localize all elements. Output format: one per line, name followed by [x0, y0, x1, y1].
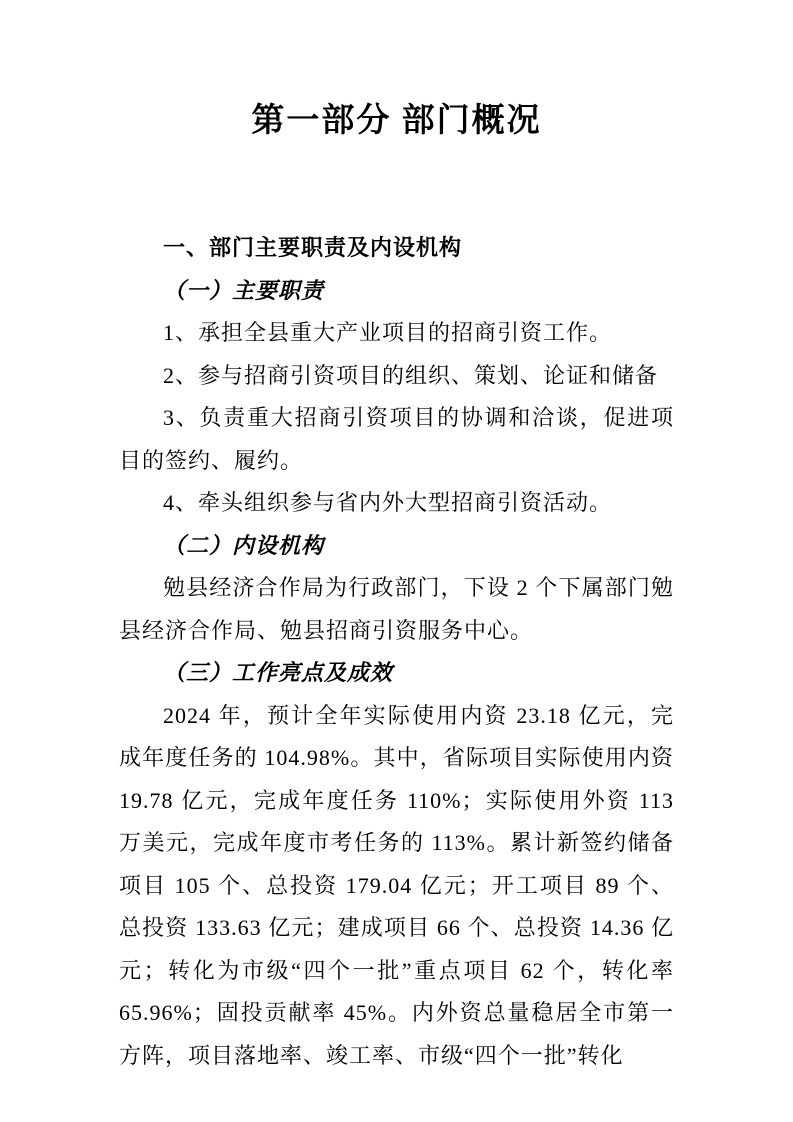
paragraph-work-highlights: 2024 年，预计全年实际使用内资 23.18 亿元，完成年度任务的 104.9… [119, 695, 674, 1078]
paragraph-duty-3: 3、负责重大招商引资项目的协调和洽谈，促进项目的签约、履约。 [119, 397, 674, 482]
document-title: 第一部分 部门概况 [119, 99, 674, 143]
document-page: 第一部分 部门概况 一、部门主要职责及内设机构 （一）主要职责 1、承担全县重大… [0, 0, 793, 1122]
paragraph-duty-2: 2、参与招商引资项目的组织、策划、论证和储备 [119, 355, 674, 398]
paragraph-internal-organization: 勉县经济合作局为行政部门，下设 2 个下属部门勉县经济合作局、勉县招商引资服务中… [119, 567, 674, 652]
subheading-internal-organization: （二）内设机构 [119, 525, 674, 568]
paragraph-duty-1: 1、承担全县重大产业项目的招商引资工作。 [119, 312, 674, 355]
paragraph-duty-4: 4、牵头组织参与省内外大型招商引资活动。 [119, 482, 674, 525]
section-heading-duties-and-org: 一、部门主要职责及内设机构 [119, 227, 674, 270]
subheading-main-duties: （一）主要职责 [119, 270, 674, 313]
subheading-work-highlights: （三）工作亮点及成效 [119, 652, 674, 695]
